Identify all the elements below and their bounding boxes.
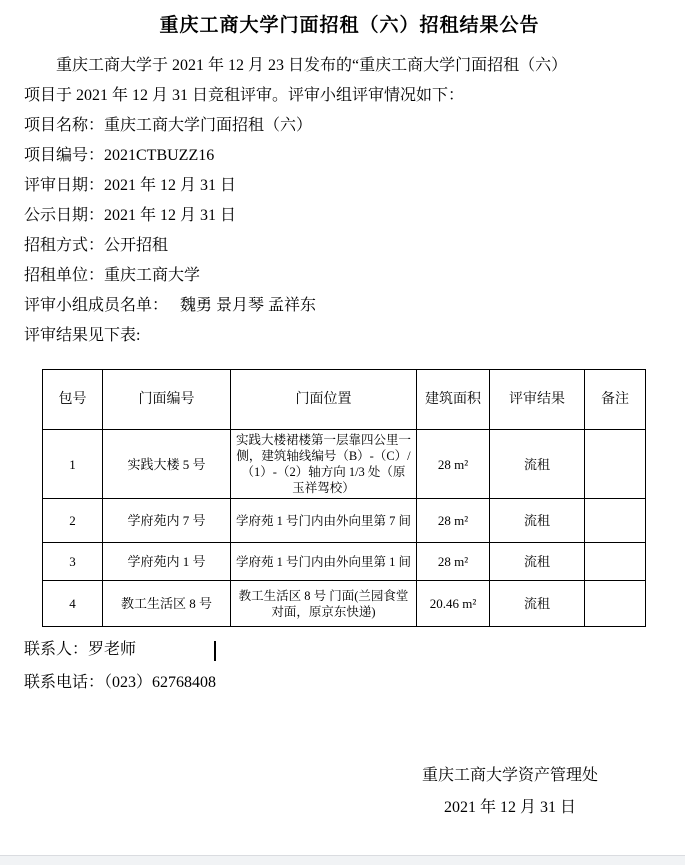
table-row: 1 实践大楼 5 号 实践大楼裙楼第一层靠四公里一侧，建筑轴线编号（B）-（C）… xyxy=(43,430,646,499)
cell-building-area: 28 m² xyxy=(417,430,490,499)
cell-remarks xyxy=(585,581,646,627)
info-line-review-date: 评审日期：2021 年 12 月 31 日 xyxy=(24,171,675,201)
info-line-rental-method: 招租方式：公开招租 xyxy=(24,231,675,261)
info-line-publicity-date: 公示日期：2021 年 12 月 31 日 xyxy=(24,201,675,231)
col-header-remarks: 备注 xyxy=(585,370,646,430)
table-header-row: 包号 门面编号 门面位置 建筑面积 评审结果 备注 xyxy=(43,370,646,430)
cell-package-no: 4 xyxy=(43,581,103,627)
cell-building-area: 20.46 m² xyxy=(417,581,490,627)
cell-remarks xyxy=(585,499,646,543)
results-table: 包号 门面编号 门面位置 建筑面积 评审结果 备注 1 实践大楼 5 号 实践大… xyxy=(42,369,646,627)
intro-line-1: 重庆工商大学于 2021 年 12 月 23 日发布的“重庆工商大学门面招租（六… xyxy=(24,51,675,81)
contact-phone-line: 联系电话：（023）62768408 xyxy=(24,668,675,698)
cell-package-no: 2 xyxy=(43,499,103,543)
contact-person-line[interactable]: 联系人：罗老师 xyxy=(24,635,675,665)
cell-package-no: 3 xyxy=(43,543,103,581)
info-line-project-name: 项目名称：重庆工商大学门面招租（六） xyxy=(24,111,675,141)
cell-review-result: 流租 xyxy=(490,499,585,543)
signature-block: 重庆工商大学资产管理处 2021 年 12 月 31 日 xyxy=(354,760,666,824)
horizontal-scrollbar[interactable] xyxy=(0,855,685,865)
cell-shopfront-no: 学府苑内 7 号 xyxy=(103,499,231,543)
cell-location: 学府苑 1 号门内由外向里第 7 间 xyxy=(231,499,417,543)
cell-location: 实践大楼裙楼第一层靠四公里一侧，建筑轴线编号（B）-（C）/（1）-（2）轴方向… xyxy=(231,430,417,499)
cell-shopfront-no: 实践大楼 5 号 xyxy=(103,430,231,499)
contact-person-text: 联系人：罗老师 xyxy=(24,641,136,658)
col-header-shopfront-no: 门面编号 xyxy=(103,370,231,430)
info-line-review-panel: 评审小组成员名单： 魏勇 景月琴 孟祥东 xyxy=(24,291,675,321)
text-caret xyxy=(214,641,216,661)
cell-shopfront-no: 学府苑内 1 号 xyxy=(103,543,231,581)
cell-building-area: 28 m² xyxy=(417,499,490,543)
cell-location: 教工生活区 8 号 门面(兰园食堂对面，原京东快递) xyxy=(231,581,417,627)
table-row: 4 教工生活区 8 号 教工生活区 8 号 门面(兰园食堂对面，原京东快递) 2… xyxy=(43,581,646,627)
cell-review-result: 流租 xyxy=(490,430,585,499)
cell-remarks xyxy=(585,430,646,499)
intro-line-2: 项目于 2021 年 12 月 31 日竞租评审。评审小组评审情况如下： xyxy=(24,81,675,111)
col-header-location: 门面位置 xyxy=(231,370,417,430)
table-row: 3 学府苑内 1 号 学府苑 1 号门内由外向里第 1 间 28 m² 流租 xyxy=(43,543,646,581)
signature-date: 2021 年 12 月 31 日 xyxy=(354,792,666,824)
cell-review-result: 流租 xyxy=(490,581,585,627)
page-title: 重庆工商大学门面招租（六）招租结果公告 xyxy=(24,10,675,37)
info-line-rental-unit: 招租单位：重庆工商大学 xyxy=(24,261,675,291)
info-line-project-number: 项目编号：2021CTBUZZ16 xyxy=(24,141,675,171)
table-row: 2 学府苑内 7 号 学府苑 1 号门内由外向里第 7 间 28 m² 流租 xyxy=(43,499,646,543)
col-header-building-area: 建筑面积 xyxy=(417,370,490,430)
cell-package-no: 1 xyxy=(43,430,103,499)
col-header-review-result: 评审结果 xyxy=(490,370,585,430)
cell-remarks xyxy=(585,543,646,581)
cell-location: 学府苑 1 号门内由外向里第 1 间 xyxy=(231,543,417,581)
cell-shopfront-no: 教工生活区 8 号 xyxy=(103,581,231,627)
signature-org: 重庆工商大学资产管理处 xyxy=(354,760,666,792)
col-header-package-no: 包号 xyxy=(43,370,103,430)
document-page: 重庆工商大学门面招租（六）招租结果公告 重庆工商大学于 2021 年 12 月 … xyxy=(0,0,685,824)
info-line-results-intro: 评审结果见下表: xyxy=(24,321,675,351)
cell-review-result: 流租 xyxy=(490,543,585,581)
cell-building-area: 28 m² xyxy=(417,543,490,581)
